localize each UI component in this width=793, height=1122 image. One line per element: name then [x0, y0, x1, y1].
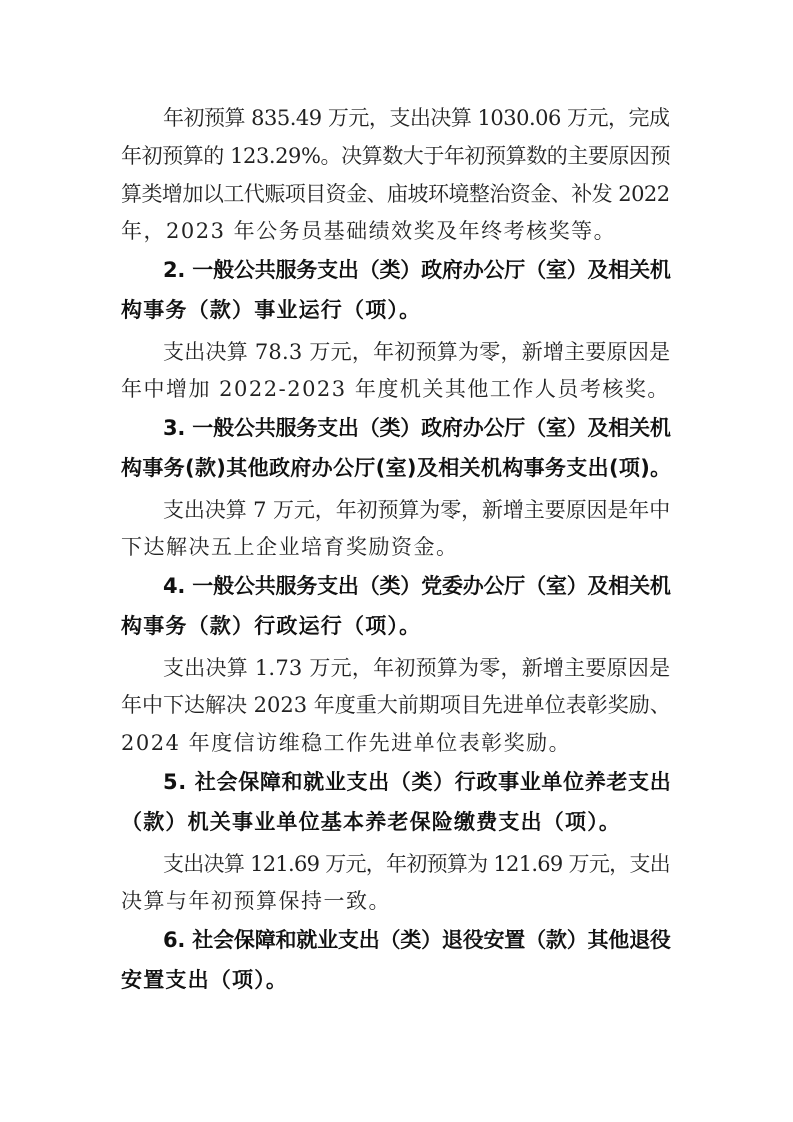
body-text-line: 支出决算 7 万元，年初预算为零，新增主要原因是年中 [163, 496, 670, 524]
body-text-line: 年，2023 年公务员基础绩效奖及年终考核奖等。 [121, 217, 616, 245]
body-text-line: 年初预算的 123.29%。决算数大于年初预算数的主要原因预 [121, 142, 670, 170]
body-text-line: 下达解决五上企业培育奖励资金。 [121, 533, 459, 561]
section-heading-2: 2. 一般公共服务支出（类）政府办公厅（室）及相关机 [163, 256, 671, 284]
section-heading-5: 5. 社会保障和就业支出（类）行政事业单位养老支出 [163, 768, 671, 796]
body-text-line: 决算与年初预算保持一致。 [121, 887, 391, 915]
section-heading-6: 6. 社会保障和就业支出（类）退役安置（款）其他退役 [163, 926, 671, 954]
document-page: 年初预算 835.49 万元，支出决算 1030.06 万元，完成 年初预算的 … [0, 0, 793, 1122]
section-heading-4-cont: 构事务（款）行政运行（项）。 [121, 612, 421, 640]
body-text-line: 年中增加 2022-2023 年度机关其他工作人员考核奖。 [121, 375, 670, 403]
body-text-line: 支出决算 78.3 万元，年初预算为零，新增主要原因是 [163, 338, 670, 366]
section-heading-6-cont: 安置支出（项）。 [121, 966, 288, 994]
section-heading-4: 4. 一般公共服务支出（类）党委办公厅（室）及相关机 [163, 572, 671, 600]
body-text-line: 算类增加以工代赈项目资金、庙坡环境整治资金、补发 2022 [121, 180, 670, 208]
body-text-line: 支出决算 1.73 万元，年初预算为零，新增主要原因是 [163, 654, 670, 682]
section-heading-3-cont: 构事务(款)其他政府办公厅(室)及相关机构事务支出(项)。 [121, 454, 672, 482]
body-text-line: 支出决算 121.69 万元，年初预算为 121.69 万元，支出 [163, 850, 670, 878]
section-heading-5-cont: （款）机关事业单位基本养老保险缴费支出（项）。 [121, 808, 621, 836]
body-text-line: 年中下达解决 2023 年度重大前期项目先进单位表彰奖励、 [121, 691, 671, 719]
body-text-line: 2024 年度信访维稳工作先进单位表彰奖励。 [121, 729, 571, 757]
body-text-line: 年初预算 835.49 万元，支出决算 1030.06 万元，完成 [163, 104, 670, 132]
section-heading-2-cont: 构事务（款）事业运行（项）。 [121, 296, 421, 324]
section-heading-3: 3. 一般公共服务支出（类）政府办公厅（室）及相关机 [163, 414, 671, 442]
